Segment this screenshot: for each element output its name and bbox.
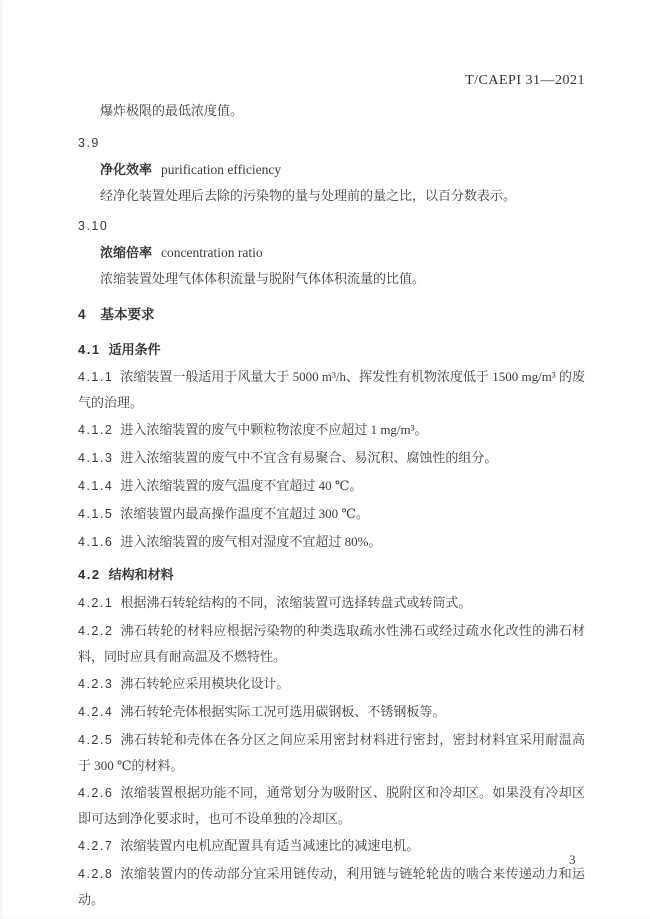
clause-number: 4.2.6: [78, 786, 113, 800]
clause-4-1-1: 4.1.1浓缩装置一般适用于风量大于 5000 m³/h、挥发性有机物浓度低于 …: [78, 364, 585, 415]
carryover-paragraph: 爆炸极限的最低浓度值。: [78, 98, 585, 123]
clause-4-2-4: 4.2.4沸石转轮壳体根据实际工况可选用碳钢板、不锈钢板等。: [78, 699, 585, 725]
term-line-3-9: 净化效率purification efficiency: [78, 157, 585, 182]
clause-number: 4.2.5: [78, 733, 113, 747]
section-title-4-1: 适用条件: [109, 342, 161, 357]
term-en-3-9: purification efficiency: [161, 162, 281, 177]
clause-4-2-1: 4.2.1根据沸石转轮结构的不同，浓缩装置可选择转盘式或转筒式。: [78, 590, 585, 616]
standard-code: T/CAEPI 31—2021: [465, 73, 585, 88]
chapter-number: 4: [78, 307, 87, 322]
clause-text: 沸石转轮应采用模块化设计。: [120, 676, 289, 691]
page-number: 3: [569, 850, 576, 870]
clause-text: 浓缩装置内最高操作温度不宜超过 300 ℃。: [120, 506, 369, 521]
term-definition-3-10: 浓缩装置处理气体体积流量与脱附气体体积流量的比值。: [78, 266, 585, 291]
clause-number: 4.2.7: [78, 839, 113, 853]
page-content: T/CAEPI 31—2021 爆炸极限的最低浓度值。 3.9 净化效率puri…: [0, 0, 650, 912]
term-cn-3-10: 浓缩倍率: [100, 245, 152, 260]
clause-number: 4.1.5: [78, 507, 113, 521]
clause-4-1-2: 4.1.2进入浓缩装置的废气中颗粒物浓度不应超过 1 mg/m³。: [78, 417, 585, 443]
clause-4-2-5: 4.2.5沸石转轮和壳体在各分区之间应采用密封材料进行密封，密封材料宜采用耐温高…: [78, 727, 585, 778]
clause-text: 浓缩装置内电机应配置具有适当减速比的减速电机。: [120, 838, 419, 853]
clause-4-1-3: 4.1.3进入浓缩装置的废气中不宜含有易聚合、易沉积、腐蚀性的组分。: [78, 445, 585, 471]
clause-4-2-2: 4.2.2沸石转轮的材料应根据污染物的种类选取疏水性沸石或经过疏水化改性的沸石材…: [78, 618, 585, 669]
clause-text: 进入浓缩装置的废气相对湿度不宜超过 80%。: [120, 534, 381, 549]
term-en-3-10: concentration ratio: [161, 245, 263, 260]
clause-number: 4.1.4: [78, 479, 113, 493]
clause-number: 4.2.8: [78, 867, 113, 881]
term-cn-3-9: 净化效率: [100, 162, 152, 177]
clause-text: 进入浓缩装置的废气中颗粒物浓度不应超过 1 mg/m³。: [120, 422, 427, 437]
clause-text: 根据沸石转轮结构的不同，浓缩装置可选择转盘式或转筒式。: [120, 595, 471, 610]
section-number-4-2: 4.2: [78, 567, 101, 582]
clause-text: 进入浓缩装置的废气温度不宜超过 40 ℃。: [120, 478, 362, 493]
term-line-3-10: 浓缩倍率concentration ratio: [78, 240, 585, 265]
clause-text: 沸石转轮的材料应根据污染物的种类选取疏水性沸石或经过疏水化改性的沸石材料，同时应…: [78, 623, 585, 664]
clause-text: 沸石转轮壳体根据实际工况可选用碳钢板、不锈钢板等。: [120, 704, 445, 719]
clause-4-1-6: 4.1.6进入浓缩装置的废气相对湿度不宜超过 80%。: [78, 529, 585, 555]
clause-number: 4.1.6: [78, 535, 113, 549]
clause-number: 4.2.2: [78, 624, 113, 638]
document-page: T/CAEPI 31—2021 爆炸极限的最低浓度值。 3.9 净化效率puri…: [0, 0, 650, 919]
clause-number: 4.1.1: [78, 370, 113, 384]
term-definition-3-9: 经净化装置处理后去除的污染物的量与处理前的量之比，以百分数表示。: [78, 183, 585, 208]
clause-4-2-3: 4.2.3沸石转轮应采用模块化设计。: [78, 671, 585, 697]
clause-text: 进入浓缩装置的废气中不宜含有易聚合、易沉积、腐蚀性的组分。: [120, 450, 497, 465]
page-header: T/CAEPI 31—2021: [78, 72, 585, 90]
section-title-4-2: 结构和材料: [109, 567, 174, 582]
clause-text: 浓缩装置根据功能不同，通常划分为吸附区、脱附区和冷却区。如果没有冷却区即可达到净…: [78, 785, 585, 826]
term-number-3-10: 3.10: [78, 214, 585, 239]
chapter-title: 基本要求: [101, 307, 155, 322]
chapter-heading: 4基本要求: [78, 302, 585, 327]
clause-4-2-7: 4.2.7浓缩装置内电机应配置具有适当减速比的减速电机。: [78, 833, 585, 859]
section-heading-4-1: 4.1适用条件: [78, 337, 585, 362]
clause-text: 沸石转轮和壳体在各分区之间应采用密封材料进行密封，密封材料宜采用耐温高于 300…: [78, 732, 585, 773]
clause-number: 4.2.1: [78, 596, 113, 610]
section-heading-4-2: 4.2结构和材料: [78, 562, 585, 587]
clause-4-2-6: 4.2.6浓缩装置根据功能不同，通常划分为吸附区、脱附区和冷却区。如果没有冷却区…: [78, 780, 585, 831]
term-number-3-9: 3.9: [78, 131, 585, 156]
clause-4-1-4: 4.1.4进入浓缩装置的废气温度不宜超过 40 ℃。: [78, 473, 585, 499]
clause-number: 4.1.2: [78, 423, 113, 437]
clause-4-1-5: 4.1.5浓缩装置内最高操作温度不宜超过 300 ℃。: [78, 501, 585, 527]
clause-text: 浓缩装置内的传动部分宜采用链传动，利用链与链轮轮齿的啮合来传递动力和运动。: [78, 866, 585, 907]
clause-number: 4.2.3: [78, 677, 113, 691]
section-number-4-1: 4.1: [78, 342, 101, 357]
clause-text: 浓缩装置一般适用于风量大于 5000 m³/h、挥发性有机物浓度低于 1500 …: [78, 369, 585, 410]
clause-number: 4.1.3: [78, 451, 113, 465]
clause-number: 4.2.4: [78, 705, 113, 719]
clause-4-2-8: 4.2.8浓缩装置内的传动部分宜采用链传动，利用链与链轮轮齿的啮合来传递动力和运…: [78, 861, 585, 912]
